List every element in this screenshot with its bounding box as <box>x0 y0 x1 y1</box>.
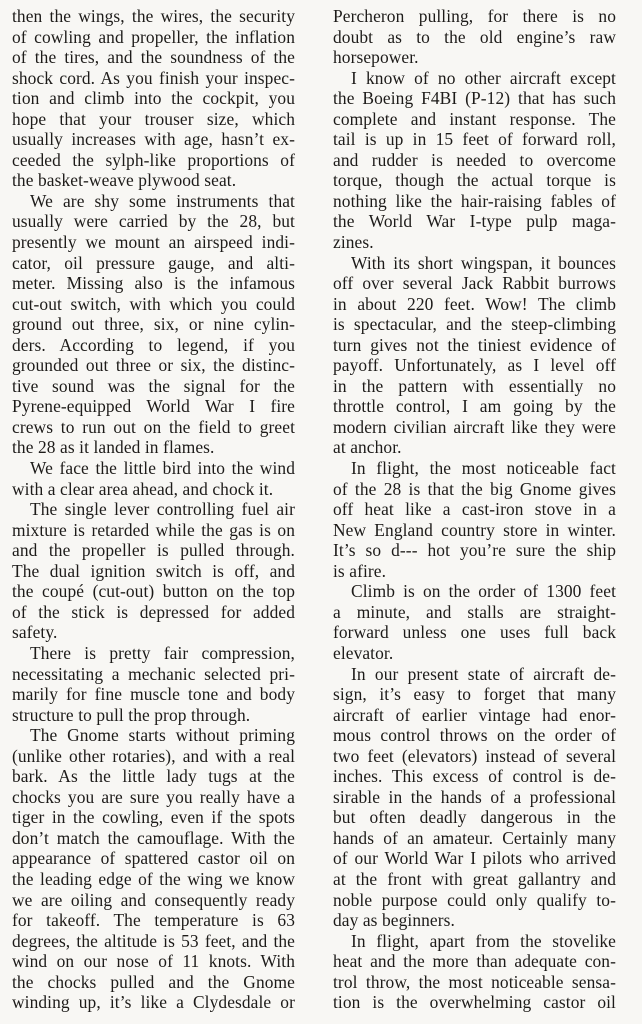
text-line: torque, though the actual torque is <box>333 170 616 191</box>
text-line: ground out three, six, or nine cylin- <box>12 314 295 335</box>
text-line: bark. As the little lady tugs at the <box>12 766 295 787</box>
text-line: In flight, the most noticeable fact <box>333 458 616 479</box>
text-line: in the pattern with essentially no <box>333 376 616 397</box>
text-line: the chocks pulled and the Gnome <box>12 972 295 993</box>
text-line: tion is the overwhelming castor oil <box>333 992 616 1013</box>
text-line: aircraft of earlier vintage had enor- <box>333 705 616 726</box>
text-line: (unlike other rotaries), and with a real <box>12 746 295 767</box>
text-line: usually were carried by the 28, but <box>12 211 295 232</box>
text-line: usually increases with age, hasn’t ex- <box>12 129 295 150</box>
text-line: elevator. <box>333 643 616 664</box>
text-line: crews to run out on the field to greet <box>12 417 295 438</box>
text-line: throttle control, I am going by the <box>333 396 616 417</box>
text-line: In our present state of aircraft de- <box>333 664 616 685</box>
text-line: and the propeller is pulled through. <box>12 540 295 561</box>
text-line: sirable in the hands of a professional <box>333 787 616 808</box>
text-line: The dual ignition switch is off, and <box>12 561 295 582</box>
text-line: with a clear area ahead, and chock it. <box>12 479 295 500</box>
text-line: off over several Jack Rabbit burrows <box>333 273 616 294</box>
text-line: tion and climb into the cockpit, you <box>12 88 295 109</box>
text-line: is spectacular, and the steep-climbing <box>333 314 616 335</box>
text-line: the basket-weave plywood seat. <box>12 170 295 191</box>
text-line: modern civilian aircraft like they were <box>333 417 616 438</box>
text-line: a minute, and stalls are straight- <box>333 602 616 623</box>
text-line: necessitating a mechanic selected pri- <box>12 664 295 685</box>
text-line: of our World War I pilots who arrived <box>333 848 616 869</box>
text-line: the coupé (cut-out) button on the top <box>12 581 295 602</box>
document-page: then the wings, the wires, the securityo… <box>0 0 642 1024</box>
text-line: The Gnome starts without priming <box>12 725 295 746</box>
text-line: tail is up in 15 feet of forward roll, <box>333 129 616 150</box>
text-line: There is pretty fair compression, <box>12 643 295 664</box>
text-line: tive sound was the signal for the <box>12 376 295 397</box>
text-line: winding up, it’s like a Clydesdale or <box>12 992 295 1013</box>
text-line: hope that your trouser size, which <box>12 109 295 130</box>
text-line: we are oiling and consequently ready <box>12 890 295 911</box>
text-line: I know of no other aircraft except <box>333 68 616 89</box>
text-line: two feet (elevators) instead of several <box>333 746 616 767</box>
text-line: the leading edge of the wing we know <box>12 869 295 890</box>
text-line: in about 220 feet. Wow! The climb <box>333 294 616 315</box>
text-line: ceeded the sylph-like proportions of <box>12 150 295 171</box>
text-line: tiger in the cowling, even if the spots <box>12 807 295 828</box>
text-line: cator, oil pressure gauge, and alti- <box>12 253 295 274</box>
text-line: ders. According to legend, if you <box>12 335 295 356</box>
text-line: of the 28 is that the big Gnome gives <box>333 479 616 500</box>
text-line: for takeoff. The temperature is 63 <box>12 910 295 931</box>
text-line: Pyrene-equipped World War I fire <box>12 396 295 417</box>
text-line: safety. <box>12 622 295 643</box>
text-line: Percheron pulling, for there is no <box>333 6 616 27</box>
text-line: don’t match the camouflage. With the <box>12 828 295 849</box>
text-line: zines. <box>333 232 616 253</box>
text-line: at anchor. <box>333 437 616 458</box>
text-column-left: then the wings, the wires, the securityo… <box>12 6 295 1013</box>
text-line: the World War I-type pulp maga- <box>333 211 616 232</box>
text-line: meter. Missing also is the infamous <box>12 273 295 294</box>
text-line: grounded out three or six, the distinc- <box>12 355 295 376</box>
text-line: the 28 as it landed in flames. <box>12 437 295 458</box>
text-line: doubt as to the old engine’s raw <box>333 27 616 48</box>
text-line: forward unless one uses full back <box>333 622 616 643</box>
text-line: payoff. Unfortunately, as I level off <box>333 355 616 376</box>
text-line: nothing like the hair-raising fables of <box>333 191 616 212</box>
text-line: inches. This excess of control is de- <box>333 766 616 787</box>
text-line: then the wings, the wires, the security <box>12 6 295 27</box>
text-line: turn gives not the tiniest evidence of <box>333 335 616 356</box>
text-line: appearance of spattered castor oil on <box>12 848 295 869</box>
text-line: With its short wingspan, it bounces <box>333 253 616 274</box>
text-line: the Boeing F4BI (P-12) that has such <box>333 88 616 109</box>
text-line: presently we mount an airspeed indi- <box>12 232 295 253</box>
text-line: chocks you are sure you really have a <box>12 787 295 808</box>
text-line: shock cord. As you finish your inspec- <box>12 68 295 89</box>
text-line: mixture is retarded while the gas is on <box>12 520 295 541</box>
text-line: wind on our nose of 11 knots. With <box>12 951 295 972</box>
text-line: of cowling and propeller, the inflation <box>12 27 295 48</box>
text-line: of the tires, and the soundness of the <box>12 47 295 68</box>
text-line: mous control throws on the order of <box>333 725 616 746</box>
text-line: at the front with great gallantry and <box>333 869 616 890</box>
text-line: heat and the more than adequate con- <box>333 951 616 972</box>
text-line: sign, it’s easy to forget that many <box>333 684 616 705</box>
text-line: We face the little bird into the wind <box>12 458 295 479</box>
text-line: Climb is on the order of 1300 feet <box>333 581 616 602</box>
text-column-right: Percheron pulling, for there is nodoubt … <box>333 6 616 1013</box>
text-line: is afire. <box>333 561 616 582</box>
text-line: off heat like a cast-iron stove in a <box>333 499 616 520</box>
text-line: horsepower. <box>333 47 616 68</box>
text-line: hands of an amateur. Certainly many <box>333 828 616 849</box>
text-line: marily for fine muscle tone and body <box>12 684 295 705</box>
text-line: but often deadly dangerous in the <box>333 807 616 828</box>
text-line: It’s so d--- hot you’re sure the ship <box>333 540 616 561</box>
text-line: and rudder is needed to overcome <box>333 150 616 171</box>
text-line: cut-out switch, with which you could <box>12 294 295 315</box>
text-line: noble purpose could only qualify to- <box>333 890 616 911</box>
text-line: In flight, apart from the stovelike <box>333 931 616 952</box>
text-line: complete and instant response. The <box>333 109 616 130</box>
text-line: New England country store in winter. <box>333 520 616 541</box>
text-line: The single lever controlling fuel air <box>12 499 295 520</box>
text-line: structure to pull the prop through. <box>12 705 295 726</box>
text-line: trol throw, the most noticeable sensa- <box>333 972 616 993</box>
text-line: We are shy some instruments that <box>12 191 295 212</box>
text-line: of the stick is depressed for added <box>12 602 295 623</box>
text-line: day as beginners. <box>333 910 616 931</box>
text-line: degrees, the altitude is 53 feet, and th… <box>12 931 295 952</box>
